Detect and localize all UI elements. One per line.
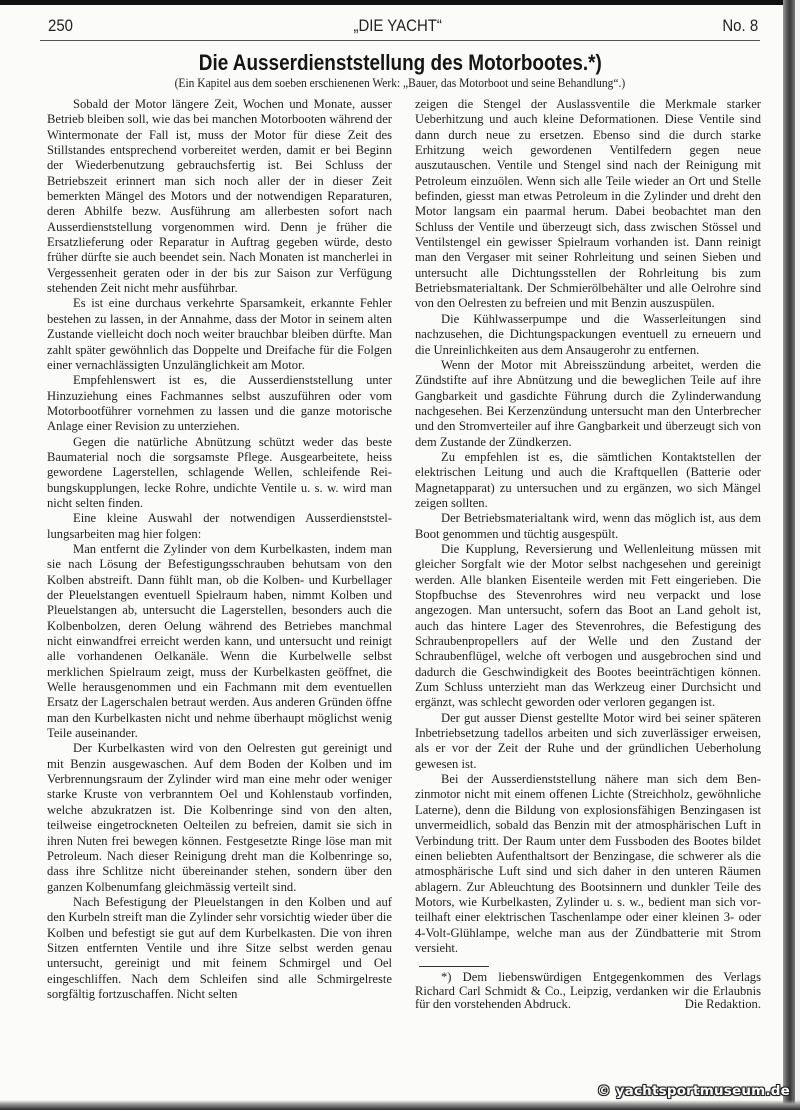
paragraph: Die Kupplung, Reversierung und Wellenlei… <box>415 542 761 711</box>
paragraph: Nach Befestigung der Pleuelstangen in de… <box>47 895 392 1002</box>
paragraph: Sobald der Motor längere Zeit, Wochen un… <box>47 97 392 296</box>
paragraph: Man entfernt die Zylinder von dem Kurbel… <box>47 542 392 741</box>
issue-number: No. 8 <box>722 16 758 36</box>
right-column: zeigen die Stengel der Auslassventile di… <box>415 97 761 1012</box>
paragraph: Es ist eine durchaus verkehrte Sparsamke… <box>47 296 392 373</box>
scan-right-edge <box>795 0 800 1110</box>
header-rule <box>40 40 760 41</box>
footnote: *) Dem liebenswürdigen Entgegenkommen de… <box>415 971 761 1012</box>
scan-top-border <box>0 0 800 5</box>
article-title: Die Ausserdienststellung des Motorbootes… <box>0 50 800 76</box>
paragraph: Wenn der Motor mit Abreisszündung arbeit… <box>415 358 761 450</box>
book-spine-shadow <box>783 0 795 1110</box>
paragraph: Zu empfehlen ist es, die sämtlichen Kont… <box>415 450 761 511</box>
running-header: 250 „DIE YACHT“ No. 8 <box>48 14 758 38</box>
paragraph: Der Kurbelkasten wird von den Oelresten … <box>47 741 392 894</box>
paragraph: Bei der Ausserdienststellung nähere man … <box>415 772 761 956</box>
footnote-rule <box>419 966 489 967</box>
paragraph: Eine kleine Auswahl der notwendigen Auss… <box>47 511 392 542</box>
copyright-watermark: © yachtsportmuseum.de <box>597 1083 790 1099</box>
paragraph: Der gut ausser Dienst gestellte Motor wi… <box>415 711 761 772</box>
journal-title: „DIE YACHT“ <box>353 16 441 36</box>
left-column: Sobald der Motor längere Zeit, Wochen un… <box>47 97 392 1002</box>
paragraph: Der Betriebsmaterialtank wird, wenn das … <box>415 511 761 542</box>
paragraph: zeigen die Stengel der Auslassventile di… <box>415 97 761 312</box>
paragraph: Gegen die natürliche Abnützung schützt w… <box>47 435 392 512</box>
scan-bottom-shadow <box>0 1100 800 1110</box>
paragraph: Die Kühlwasserpumpe und die Wasserleitun… <box>415 312 761 358</box>
footnote-signature: Die Redaktion. <box>659 998 761 1012</box>
article-subtitle: (Ein Kapitel aus dem soeben erschienenen… <box>0 76 800 91</box>
page-number: 250 <box>48 16 73 36</box>
paragraph: Empfehlenswert ist es, die Ausserdiensts… <box>47 373 392 434</box>
